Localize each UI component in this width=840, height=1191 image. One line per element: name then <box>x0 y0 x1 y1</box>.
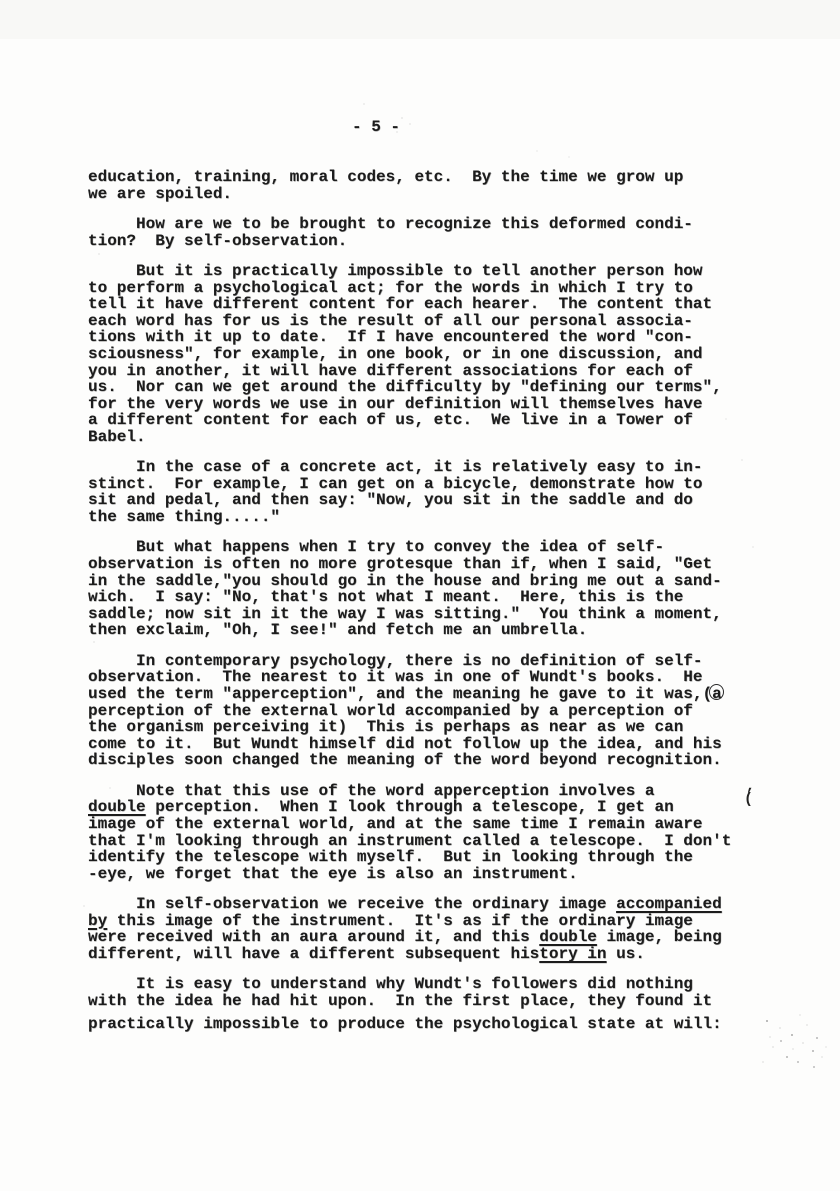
text-line: sit and pedal, and then say: "Now, you s… <box>88 492 798 509</box>
text-line: identify the telescope with myself. But … <box>88 849 798 866</box>
paragraph: In self-observation we receive the ordin… <box>88 896 798 962</box>
text-line: us. Nor can we get around the difficulty… <box>88 379 798 396</box>
text-line: wich. I say: "No, that's not what I mean… <box>88 589 798 606</box>
text-line: that I'm looking through an instrument c… <box>88 833 798 850</box>
text-line: you in another, it will have different a… <box>88 363 798 380</box>
text-line: In contemporary psychology, there is no … <box>88 653 798 670</box>
text-line: Babel. <box>88 429 798 446</box>
text-line: image of the external world, and at the … <box>88 816 798 833</box>
text-line: by this image of the instrument. It's as… <box>88 913 798 930</box>
text-line: It is easy to understand why Wundt's fol… <box>88 976 798 993</box>
text-line: then exclaim, "Oh, I see!" and fetch me … <box>88 622 798 639</box>
text-line: to perform a psychological act; for the … <box>88 280 798 297</box>
text-line: a different content for each of us, etc.… <box>88 412 798 429</box>
paragraph: Note that this use of the word appercept… <box>88 783 798 883</box>
text-line: come to it. But Wundt himself did not fo… <box>88 736 798 753</box>
paragraph: education, training, moral codes, etc. B… <box>88 169 798 202</box>
document-text-block: education, training, moral codes, etc. B… <box>88 169 798 1032</box>
text-line: But what happens when I try to convey th… <box>88 539 798 556</box>
text-line: -eye, we forget that the eye is also an … <box>88 866 798 883</box>
scan-noise <box>0 0 2 2</box>
text-line: disciples soon changed the meaning of th… <box>88 752 798 769</box>
text-line: tell it have different content for each … <box>88 296 798 313</box>
scan-edge-shade <box>0 0 840 39</box>
paragraph: But what happens when I try to convey th… <box>88 539 798 639</box>
text-line: the same thing....." <box>88 509 798 526</box>
text-line: How are we to be brought to recognize th… <box>88 216 798 233</box>
text-line: observation is often no more grotesque t… <box>88 556 798 573</box>
text-line: with the idea he had hit upon. In the fi… <box>88 993 798 1010</box>
text-line: Note that this use of the word appercept… <box>88 783 798 800</box>
text-line: practically impossible to produce the ps… <box>88 1016 798 1033</box>
text-line: we are spoiled. <box>88 186 798 203</box>
text-line: for the very words we use in our definit… <box>88 396 798 413</box>
paragraph: It is easy to understand why Wundt's fol… <box>88 976 798 1009</box>
text-line: different, will have a different subsequ… <box>88 946 798 963</box>
text-line: observation. The nearest to it was in on… <box>88 669 798 686</box>
text-line: were received with an aura around it, an… <box>88 929 798 946</box>
text-line: stinct. For example, I can get on a bicy… <box>88 476 798 493</box>
stray-mark: ( <box>744 791 753 808</box>
text-line: double perception. When I look through a… <box>88 799 798 816</box>
text-line: each word has for us is the result of al… <box>88 313 798 330</box>
text-line: the organism perceiving it) This is perh… <box>88 719 798 736</box>
page-number: - 5 - <box>352 118 400 136</box>
paragraph: How are we to be brought to recognize th… <box>88 216 798 249</box>
text-line: But it is practically impossible to tell… <box>88 263 798 280</box>
paragraph: In contemporary psychology, there is no … <box>88 653 798 769</box>
text-line: perception of the external world accompa… <box>88 703 798 720</box>
text-line: In the case of a concrete act, it is rel… <box>88 459 798 476</box>
text-line: tion? By self-observation. <box>88 233 798 250</box>
paragraph: In the case of a concrete act, it is rel… <box>88 459 798 525</box>
text-line: education, training, moral codes, etc. B… <box>88 169 798 186</box>
paragraph: practically impossible to produce the ps… <box>88 1016 798 1033</box>
text-line: in the saddle,"you should go in the hous… <box>88 573 798 590</box>
text-line: tions with it up to date. If I have enco… <box>88 329 798 346</box>
document-page: - 5 - education, training, moral codes, … <box>0 0 840 1191</box>
text-line: sciousness", for example, in one book, o… <box>88 346 798 363</box>
text-line: used the term "apperception", and the me… <box>88 686 798 703</box>
text-line: saddle; now sit in it the way I was sitt… <box>88 606 798 623</box>
paragraph: But it is practically impossible to tell… <box>88 263 798 446</box>
text-line: In self-observation we receive the ordin… <box>88 896 798 913</box>
